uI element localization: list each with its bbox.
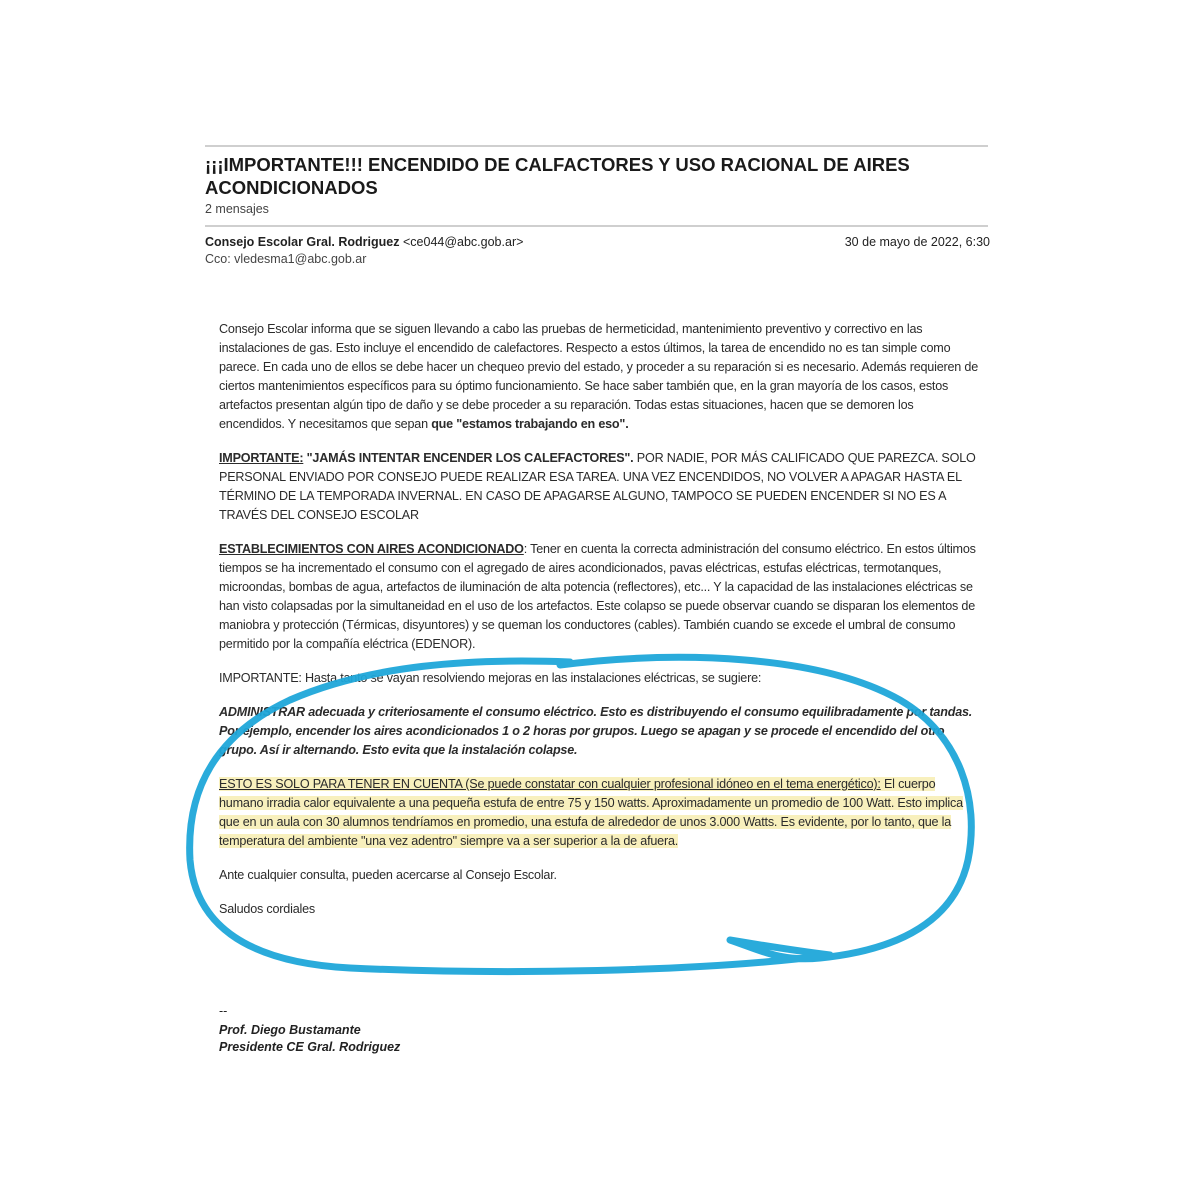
- sender: Consejo Escolar Gral. Rodriguez <ce044@a…: [205, 235, 523, 249]
- sender-email: <ce044@abc.gob.ar>: [403, 235, 523, 249]
- important-label: IMPORTANTE:: [219, 451, 303, 465]
- email-date: 30 de mayo de 2022, 6:30: [845, 235, 990, 249]
- top-divider: [205, 145, 988, 147]
- email-body: Consejo Escolar informa que se siguen ll…: [219, 320, 979, 934]
- signature-separator: --: [219, 1003, 400, 1020]
- paragraph-suggestion: IMPORTANTE: Hasta tanto se vayan resolvi…: [219, 669, 979, 688]
- email-subject: ¡¡¡IMPORTANTE!!! ENCENDIDO DE CALFACTORE…: [205, 153, 995, 199]
- establishments-label: ESTABLECIMIENTOS CON AIRES ACONDICIONADO: [219, 542, 524, 556]
- signature-title: Presidente CE Gral. Rodriguez: [219, 1039, 400, 1056]
- message-count: 2 mensajes: [205, 202, 269, 216]
- signature: -- Prof. Diego Bustamante Presidente CE …: [219, 1003, 400, 1056]
- paragraph-greeting: Saludos cordiales: [219, 900, 979, 919]
- paragraph-heater-warning: IMPORTANTE: "JAMÁS INTENTAR ENCENDER LOS…: [219, 449, 979, 525]
- header-divider: [205, 225, 988, 227]
- paragraph-highlighted: ESTO ES SOLO PARA TENER EN CUENTA (Se pu…: [219, 775, 979, 851]
- paragraph-administer: ADMINISTRAR adecuada y criteriosamente e…: [219, 703, 979, 760]
- bold-emphasis: que "estamos trabajando en eso".: [431, 417, 628, 431]
- cco-line: Cco: vledesma1@abc.gob.ar: [205, 252, 366, 266]
- signature-name: Prof. Diego Bustamante: [219, 1022, 400, 1039]
- paragraph-air-conditioning: ESTABLECIMIENTOS CON AIRES ACONDICIONADO…: [219, 540, 979, 654]
- highlighted-label: ESTO ES SOLO PARA TENER EN CUENTA (Se pu…: [219, 777, 881, 791]
- sender-name: Consejo Escolar Gral. Rodriguez: [205, 235, 400, 249]
- email-document: ¡¡¡IMPORTANTE!!! ENCENDIDO DE CALFACTORE…: [0, 0, 1200, 1200]
- paragraph-contact: Ante cualquier consulta, pueden acercars…: [219, 866, 979, 885]
- paragraph-intro: Consejo Escolar informa que se siguen ll…: [219, 320, 979, 434]
